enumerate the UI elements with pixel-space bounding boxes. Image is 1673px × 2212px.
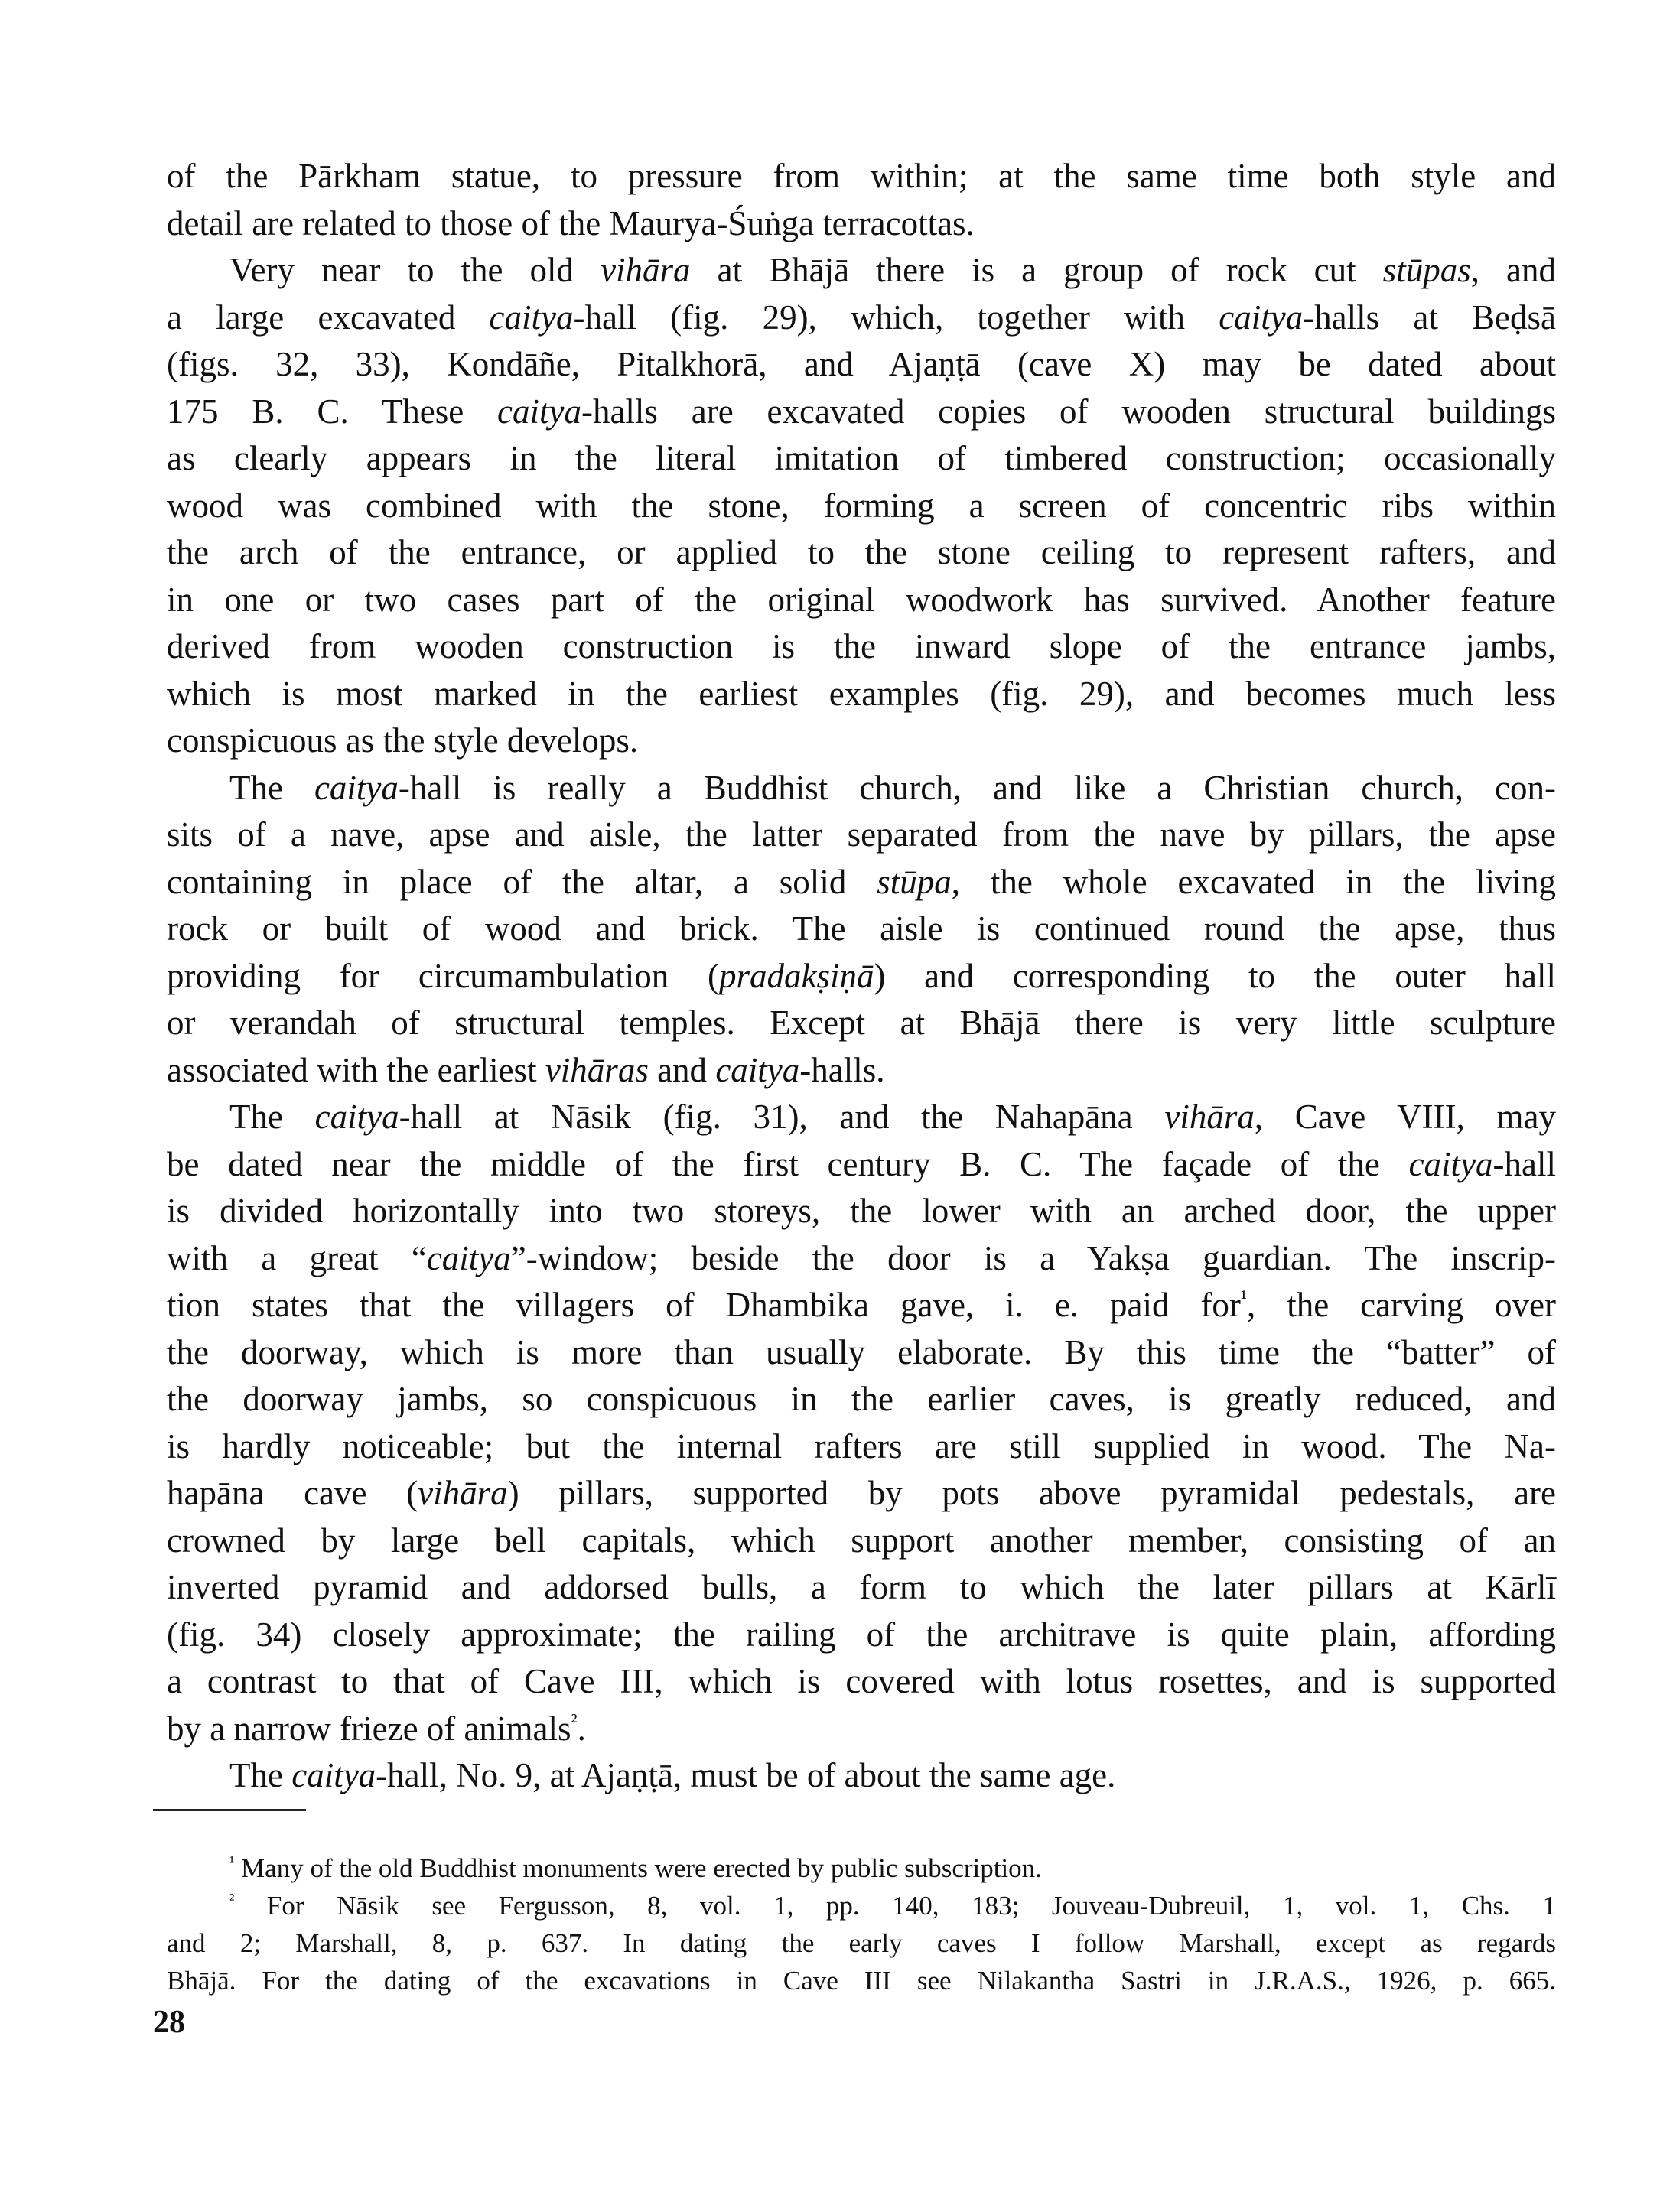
- text-line: is divided horizontally into two storeys…: [167, 1188, 1556, 1235]
- paragraph-start: Very near to the old vihāra at Bhājā the…: [167, 247, 1556, 294]
- text-line: (fig. 34) closely approximate; the raili…: [167, 1612, 1556, 1659]
- text-line: associated with the earliest vihāras and…: [167, 1047, 1556, 1095]
- footnote-rule: [153, 1809, 306, 1811]
- text-line: which is most marked in the earliest exa…: [167, 671, 1556, 718]
- text-line: by a narrow frieze of animals².: [167, 1706, 1556, 1753]
- paragraph-start: The caitya-hall, No. 9, at Ajaṇṭā, must …: [167, 1752, 1556, 1800]
- text-line: 175 B. C. These caitya-halls are excavat…: [167, 389, 1556, 436]
- text-line: detail are related to those of the Maury…: [167, 200, 1556, 248]
- page-body: of the Pārkham statue, to pressure from …: [167, 153, 1556, 1800]
- page-number: 28: [153, 2004, 185, 2041]
- text-line: or verandah of structural temples. Excep…: [167, 1000, 1556, 1047]
- footnote-2-cont: Bhājā. For the dating of the excavations…: [167, 1962, 1556, 1999]
- paragraph-start: The caitya-hall at Nāsik (fig. 31), and …: [167, 1094, 1556, 1141]
- text-line: derived from wooden construction is the …: [167, 623, 1556, 671]
- text-line: is hardly noticeable; but the internal r…: [167, 1423, 1556, 1471]
- text-line: with a great “caitya”-window; beside the…: [167, 1235, 1556, 1283]
- text-line: crowned by large bell capitals, which su…: [167, 1517, 1556, 1565]
- text-line: rock or built of wood and brick. The ais…: [167, 906, 1556, 953]
- text-line: containing in place of the altar, a soli…: [167, 859, 1556, 906]
- footnote-2-cont: and 2; Marshall, 8, p. 637. In dating th…: [167, 1924, 1556, 1962]
- text-line: the arch of the entrance, or applied to …: [167, 529, 1556, 577]
- footnote-2: ² For Nāsik see Fergusson, 8, vol. 1, pp…: [167, 1887, 1556, 1924]
- text-line: the doorway, which is more than usually …: [167, 1329, 1556, 1377]
- text-line: hapāna cave (vihāra) pillars, supported …: [167, 1470, 1556, 1517]
- footnote-1: ¹ Many of the old Buddhist monuments wer…: [167, 1849, 1556, 1887]
- paragraph-start: The caitya-hall is really a Buddhist chu…: [167, 765, 1556, 812]
- text-line: wood was combined with the stone, formin…: [167, 483, 1556, 530]
- text-line: a large excavated caitya-hall (fig. 29),…: [167, 294, 1556, 342]
- body-text: of the Pārkham statue, to pressure from …: [167, 153, 1556, 1800]
- text-line: inverted pyramid and addorsed bulls, a f…: [167, 1564, 1556, 1612]
- footnotes: ¹ Many of the old Buddhist monuments wer…: [167, 1849, 1556, 1999]
- text-line: as clearly appears in the literal imitat…: [167, 435, 1556, 483]
- text-line: be dated near the middle of the first ce…: [167, 1141, 1556, 1189]
- text-line: sits of a nave, apse and aisle, the latt…: [167, 812, 1556, 859]
- text-line: in one or two cases part of the original…: [167, 577, 1556, 624]
- text-line: conspicuous as the style develops.: [167, 717, 1556, 765]
- text-line: (figs. 32, 33), Kondāñe, Pitalkhorā, and…: [167, 341, 1556, 389]
- text-line: providing for circumambulation (pradakṣi…: [167, 953, 1556, 1000]
- text-line: a contrast to that of Cave III, which is…: [167, 1658, 1556, 1706]
- text-line: tion states that the villagers of Dhambi…: [167, 1282, 1556, 1329]
- text-line: of the Pārkham statue, to pressure from …: [167, 153, 1556, 200]
- text-line: the doorway jambs, so conspicuous in the…: [167, 1376, 1556, 1423]
